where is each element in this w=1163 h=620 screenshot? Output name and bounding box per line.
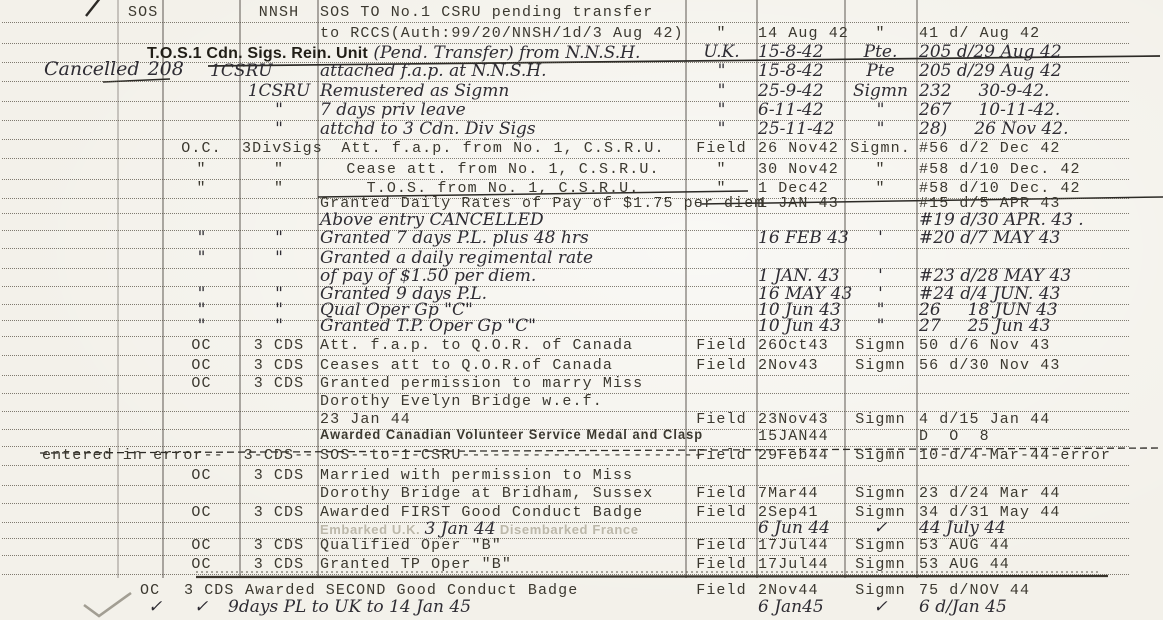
cell-serial: 53 AUG 44 [919, 536, 1163, 556]
cell-unit: 3 CDS [242, 536, 316, 556]
cell-unit: " [242, 101, 316, 121]
cell-unit: " [242, 229, 316, 249]
cell-rank: Sigmn [846, 356, 915, 376]
cell-serial: 53 AUG 44 [919, 555, 1163, 575]
cell-description: SOS--to-1-CSRU------------------------ [320, 446, 704, 466]
cell-description: Awarded Canadian Volunteer Service Medal… [320, 427, 703, 447]
cell-serial: 28) 26 Nov 42. [919, 120, 1163, 140]
cell-serial: 56 d/30 Nov 43 [919, 356, 1163, 376]
table-row: "7 days priv leave"6-11-42"267 10-11-42. [0, 101, 1163, 120]
cell-date: 15-8-42 [758, 62, 844, 82]
cell-unit: ✓ [194, 598, 230, 618]
cell-authority: SOS [128, 3, 180, 23]
cell-serial: D O 8 [919, 427, 1163, 447]
cell-authority: OC [165, 356, 238, 376]
cell-authority: OC [165, 466, 238, 486]
cell-date: 30 Nov42 [758, 160, 844, 180]
cell-description: attchd to 3 Cdn. Div Sigs [320, 120, 536, 140]
cell-rank: Sigmn [846, 555, 915, 575]
cell-date: 15-8-42 [758, 43, 844, 63]
cell-place: U.K. [688, 43, 755, 63]
cell-description: Granted T.P. Oper Gp "C" [320, 317, 536, 337]
cell-authority: OC [165, 555, 238, 575]
table-row: Dorothy Evelyn Bridge w.e.f. [0, 392, 1163, 411]
cell-authority: O.C. [165, 139, 238, 159]
table-row: Awarded Canadian Volunteer Service Medal… [0, 427, 1163, 446]
cell-place: Field [688, 356, 755, 376]
cell-description: Cease att. from No. 1, C.S.R.U. [320, 160, 686, 180]
cell-rank: Pte. [846, 43, 915, 63]
cell-description: 9days PL to UK to 14 Jan 45 [228, 598, 471, 618]
cell-date: 7Mar44 [758, 484, 844, 504]
cell-description: attached f.a.p. at N.N.S.H. [320, 62, 547, 82]
cell-authority: ✓ [148, 598, 184, 618]
cell-place: Field [688, 446, 755, 466]
table-row: O.C.3DivSigsAtt. f.a.p. from No. 1, C.S.… [0, 139, 1163, 158]
bottom-heavy-rule [196, 576, 1108, 577]
cell-rank: " [846, 120, 915, 140]
cell-serial: 205 d/29 Aug 42 [919, 62, 1163, 82]
cell-serial: 232 30-9-42. [919, 82, 1163, 102]
cell-rank: " [846, 24, 915, 44]
cell-serial: 27 25 Jun 43 [919, 317, 1163, 337]
margin-note-cancelled: Cancelled208 [44, 58, 184, 80]
cell-serial: 50 d/6 Nov 43 [919, 336, 1163, 356]
cell-place: Field [688, 336, 755, 356]
cell-unit: " [242, 120, 316, 140]
cell-rank: ' [846, 229, 915, 249]
cell-description: Granted TP Oper "B" [320, 555, 512, 575]
cell-place: " [688, 24, 755, 44]
cell-description: T.O.S.1 Cdn. Sigs. Rein. Unit (Pend. Tra… [147, 43, 640, 63]
cell-unit: 1CSRU [210, 62, 270, 82]
cell-date: 14 Aug 42 [758, 24, 844, 44]
cell-serial: #56 d/2 Dec 42 [919, 139, 1163, 159]
table-row: OC3 CDSCeases att to Q.O.R.of CanadaFiel… [0, 356, 1163, 375]
cell-date: 10 Jun 43 [758, 317, 844, 337]
table-row: to RCCS(Auth:99/20/NNSH/1d/3 Aug 42)"14 … [0, 24, 1163, 43]
table-row: ""Granted 7 days P.L. plus 48 hrs16 FEB … [0, 229, 1163, 248]
cell-date: 26Oct43 [758, 336, 844, 356]
cell-unit: 1CSRU [242, 82, 316, 102]
cell-date: 25-9-42 [758, 82, 844, 102]
cell-description: 7 days priv leave [320, 101, 466, 121]
cell-unit: " [242, 317, 316, 337]
cell-serial: 267 10-11-42. [919, 101, 1163, 121]
cell-date: 29Feb44 [758, 446, 844, 466]
cell-unit: NNSH [242, 3, 316, 23]
cell-rank: Sigmn. [846, 139, 915, 159]
cell-margin-note: entered in error-- [42, 446, 162, 466]
cell-unit: " [242, 249, 316, 269]
table-row: ""Granted T.P. Oper Gp "C"10 Jun 43"27 2… [0, 317, 1163, 336]
cell-place: " [688, 82, 755, 102]
cell-rank: Sigmn [846, 82, 915, 102]
cell-authority: " [165, 317, 238, 337]
cell-unit: 3 CDS [242, 555, 316, 575]
table-row: OC3 CDSGranted TP Oper "B"Field17Jul44Si… [0, 555, 1163, 574]
cell-rank: " [846, 101, 915, 121]
table-row: OC3 CDSQualified Oper "B"Field17Jul44Sig… [0, 536, 1163, 555]
cell-unit: 3 CDS [242, 374, 316, 394]
cell-description: Att. f.a.p. to Q.O.R. of Canada [320, 336, 633, 356]
cell-description: Dorothy Bridge at Bridham, Sussex [320, 484, 653, 504]
cell-description: Granted 7 days P.L. plus 48 hrs [320, 229, 589, 249]
cell-place: " [688, 101, 755, 121]
table-row: entered in error--3-CDS--SOS--to-1-CSRU-… [0, 446, 1163, 465]
cell-place: " [688, 120, 755, 140]
cell-date: 16 FEB 43 [758, 229, 844, 249]
desc-part: (Pend. Transfer) from N.N.S.H. [368, 43, 640, 63]
table-row: OC3 CDSMarried with permission to Miss [0, 466, 1163, 485]
cell-serial: 205 d/29 Aug 42 [919, 43, 1163, 63]
cell-place: Field [688, 536, 755, 556]
cell-serial: #58 d/10 Dec. 42 [919, 160, 1163, 180]
cell-rank: Sigmn [846, 484, 915, 504]
cell-place: Field [688, 139, 755, 159]
cell-date: 15JAN44 [758, 427, 844, 447]
cell-place: " [688, 160, 755, 180]
cell-unit: 3-CDS-- [242, 446, 316, 466]
cell-serial: 41 d/ Aug 42 [919, 24, 1163, 44]
cell-date: 2Nov43 [758, 356, 844, 376]
cell-place: Field [688, 555, 755, 575]
scanned-service-record-page: SOSNNSHSOS TO No.1 CSRU pending transfer… [0, 0, 1163, 620]
cell-place: Field [688, 484, 755, 504]
cell-rank: Pte [846, 62, 915, 82]
table-row: OC3 CDSAtt. f.a.p. to Q.O.R. of CanadaFi… [0, 336, 1163, 355]
cell-authority: OC [165, 374, 238, 394]
cell-serial: #20 d/7 MAY 43 [919, 229, 1163, 249]
cell-rank: Sigmn [846, 446, 915, 466]
cell-serial: 6 d/Jan 45 [919, 598, 1163, 618]
cell-unit: 3 CDS [242, 356, 316, 376]
table-row: OC3 CDSGranted permission to marry Miss [0, 374, 1163, 393]
cell-serial: 10-d/4-Mar-44-error [919, 446, 1163, 466]
cell-description: Granted permission to marry Miss [320, 374, 643, 394]
cell-date: 17Jul44 [758, 536, 844, 556]
cell-authority: " [165, 229, 238, 249]
table-row: ""Cease att. from No. 1, C.S.R.U."30 Nov… [0, 160, 1163, 179]
cell-description: SOS TO No.1 CSRU pending transfer [320, 3, 653, 23]
cell-place: " [688, 62, 755, 82]
cell-rank: Sigmn [846, 336, 915, 356]
cell-date: 26 Nov42 [758, 139, 844, 159]
table-row: ✓✓9days PL to UK to 14 Jan 456 Jan45✓6 d… [0, 598, 1163, 617]
cell-authority: " [165, 249, 238, 269]
cell-rank: ✓ [846, 598, 915, 618]
cell-unit: " [242, 160, 316, 180]
desc-part: Embarked U.K. [320, 522, 424, 537]
cell-unit: 3 CDS [242, 466, 316, 486]
table-row: SOSNNSHSOS TO No.1 CSRU pending transfer [0, 3, 1163, 22]
cell-description: Married with permission to Miss [320, 466, 633, 486]
cell-description: Qualified Oper "B" [320, 536, 502, 556]
cell-description: Remustered as Sigmn [320, 82, 509, 102]
cell-unit: 3 CDS [242, 336, 316, 356]
cell-rank: Sigmn [846, 536, 915, 556]
cancelled-word: Cancelled [44, 58, 140, 80]
cell-authority: " [165, 160, 238, 180]
cell-rank: " [846, 160, 915, 180]
cell-unit: 3DivSigs [242, 139, 316, 159]
cell-date: 25-11-42 [758, 120, 844, 140]
cell-authority: OC [165, 536, 238, 556]
cell-date: 6 Jan45 [758, 598, 844, 618]
cell-description: Dorothy Evelyn Bridge w.e.f. [320, 392, 603, 412]
cancelled-number: 208 [148, 58, 184, 80]
cell-description: Ceases att to Q.O.R.of Canada [320, 356, 613, 376]
cell-description: to RCCS(Auth:99/20/NNSH/1d/3 Aug 42) [320, 24, 684, 44]
table-row: 1CSRURemustered as Sigmn"25-9-42Sigmn232… [0, 82, 1163, 101]
cell-date: 6-11-42 [758, 101, 844, 121]
cell-authority: OC [165, 336, 238, 356]
table-row: Dorothy Bridge at Bridham, SussexField7M… [0, 484, 1163, 503]
cell-serial: 23 d/24 Mar 44 [919, 484, 1163, 504]
table-row: "attchd to 3 Cdn. Div Sigs"25-11-42"28) … [0, 120, 1163, 139]
cell-description: Att. f.a.p. from No. 1, C.S.R.U. [320, 139, 686, 159]
cell-rank: " [846, 317, 915, 337]
cell-date: 17Jul44 [758, 555, 844, 575]
desc-part: Disembarked France [496, 522, 639, 537]
